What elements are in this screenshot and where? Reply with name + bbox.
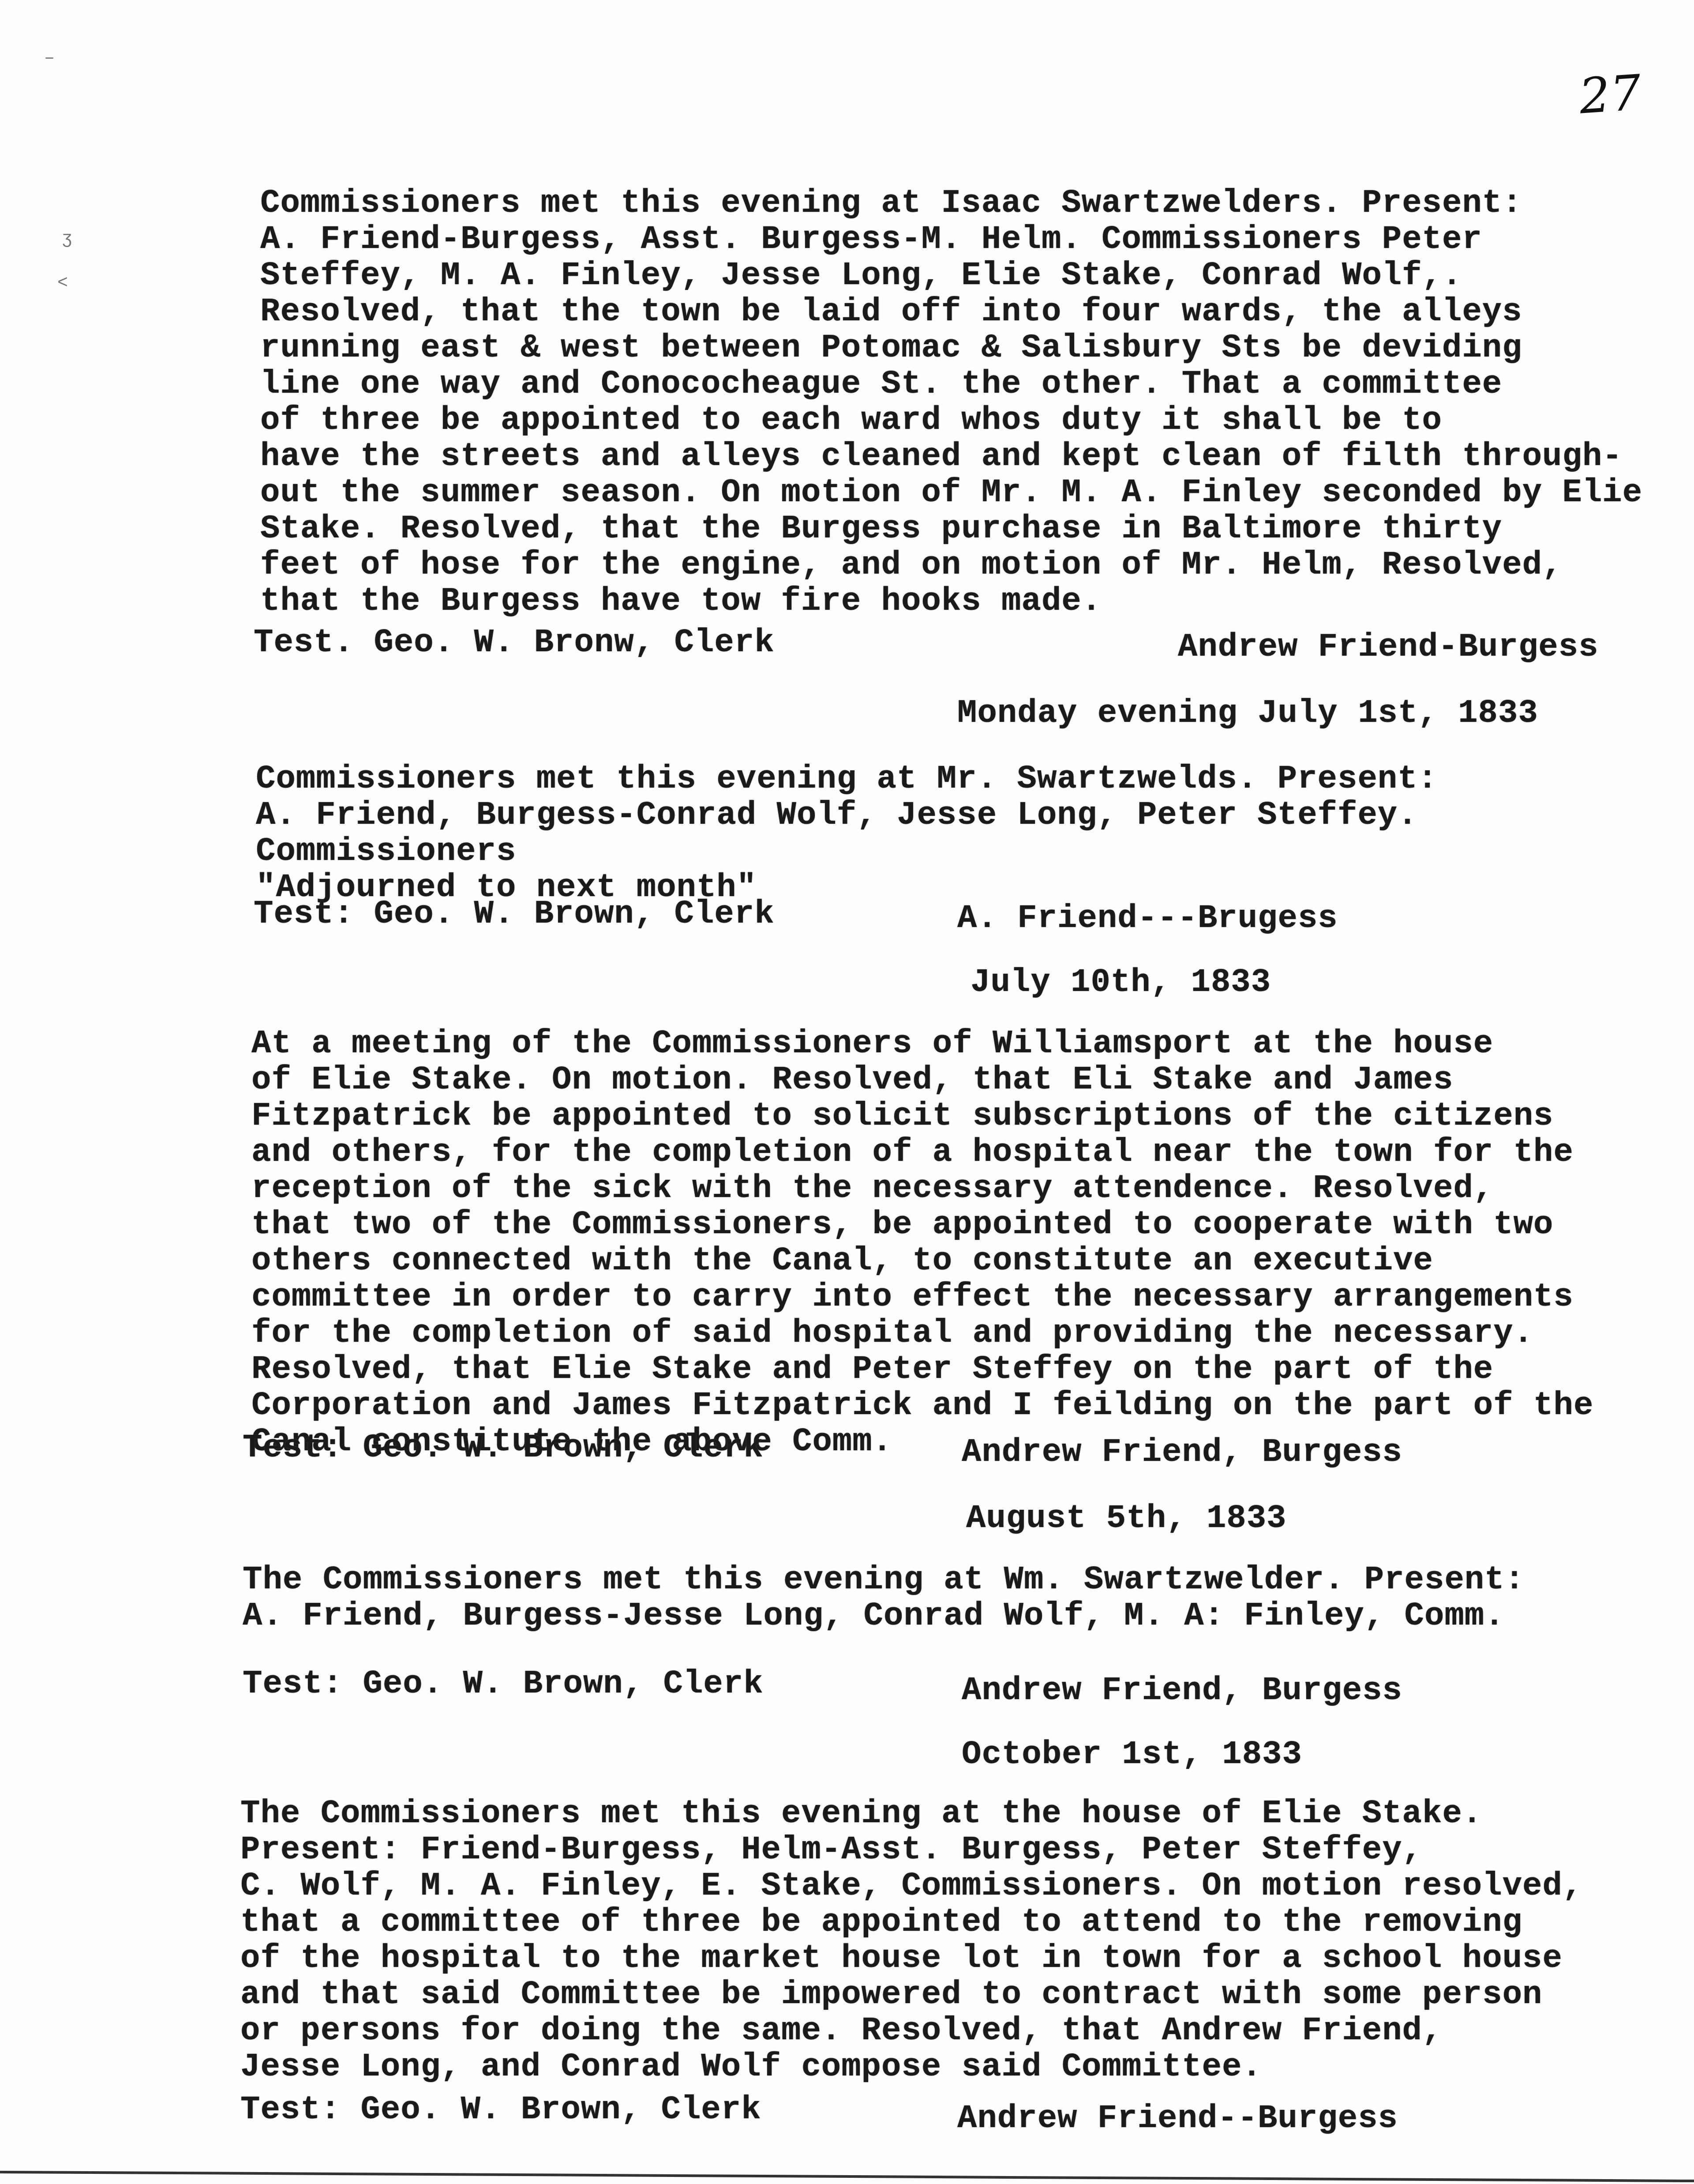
entry-date: October 1st, 1833 — [962, 1736, 1302, 1773]
entry-date: August 5th, 1833 — [966, 1500, 1287, 1537]
entry-date: July 10th, 1833 — [971, 964, 1271, 1001]
margin-mark: ʒ — [62, 229, 72, 249]
attest-line: Test. Geo. W. Bronw, Clerk — [254, 624, 775, 661]
document-page: 27 ‒ ʒ < Commissioners met this evening … — [0, 0, 1694, 2184]
signature-line: Andrew Friend--Burgess — [957, 2100, 1398, 2137]
attest-line: Test: Geo. W. Brown, Clerk — [243, 1666, 764, 1703]
signature-line: A. Friend---Brugess — [957, 900, 1338, 937]
attest-line: Test: Geo. W. Brown, Clerk — [254, 896, 775, 933]
minutes-entry-text: The Commissioners met this evening at th… — [240, 1796, 1674, 2085]
page-edge-rule — [0, 2171, 1694, 2182]
minutes-entry-text: The Commissioners met this evening at Wm… — [243, 1562, 1676, 1634]
margin-mark: ‒ — [44, 49, 55, 68]
entry-date: Monday evening July 1st, 1833 — [957, 695, 1538, 732]
attest-line: Test: Geo. W. Brown, Clerk — [240, 2091, 761, 2128]
signature-line: Andrew Friend, Burgess — [962, 1434, 1402, 1471]
page-number: 27 — [1578, 64, 1643, 124]
signature-line: Andrew Friend-Burgess — [1178, 629, 1599, 666]
minutes-entry-text: Commissioners met this evening at Mr. Sw… — [256, 761, 1690, 906]
attest-line: Test: Geo. W. Brown, Clerk — [243, 1430, 764, 1467]
minutes-entry-text: Commissioners met this evening at Isaac … — [260, 185, 1694, 619]
minutes-entry-text: At a meeting of the Commissioners of Wil… — [251, 1026, 1685, 1460]
signature-line: Andrew Friend, Burgess — [962, 1672, 1402, 1709]
margin-mark: < — [57, 274, 68, 293]
